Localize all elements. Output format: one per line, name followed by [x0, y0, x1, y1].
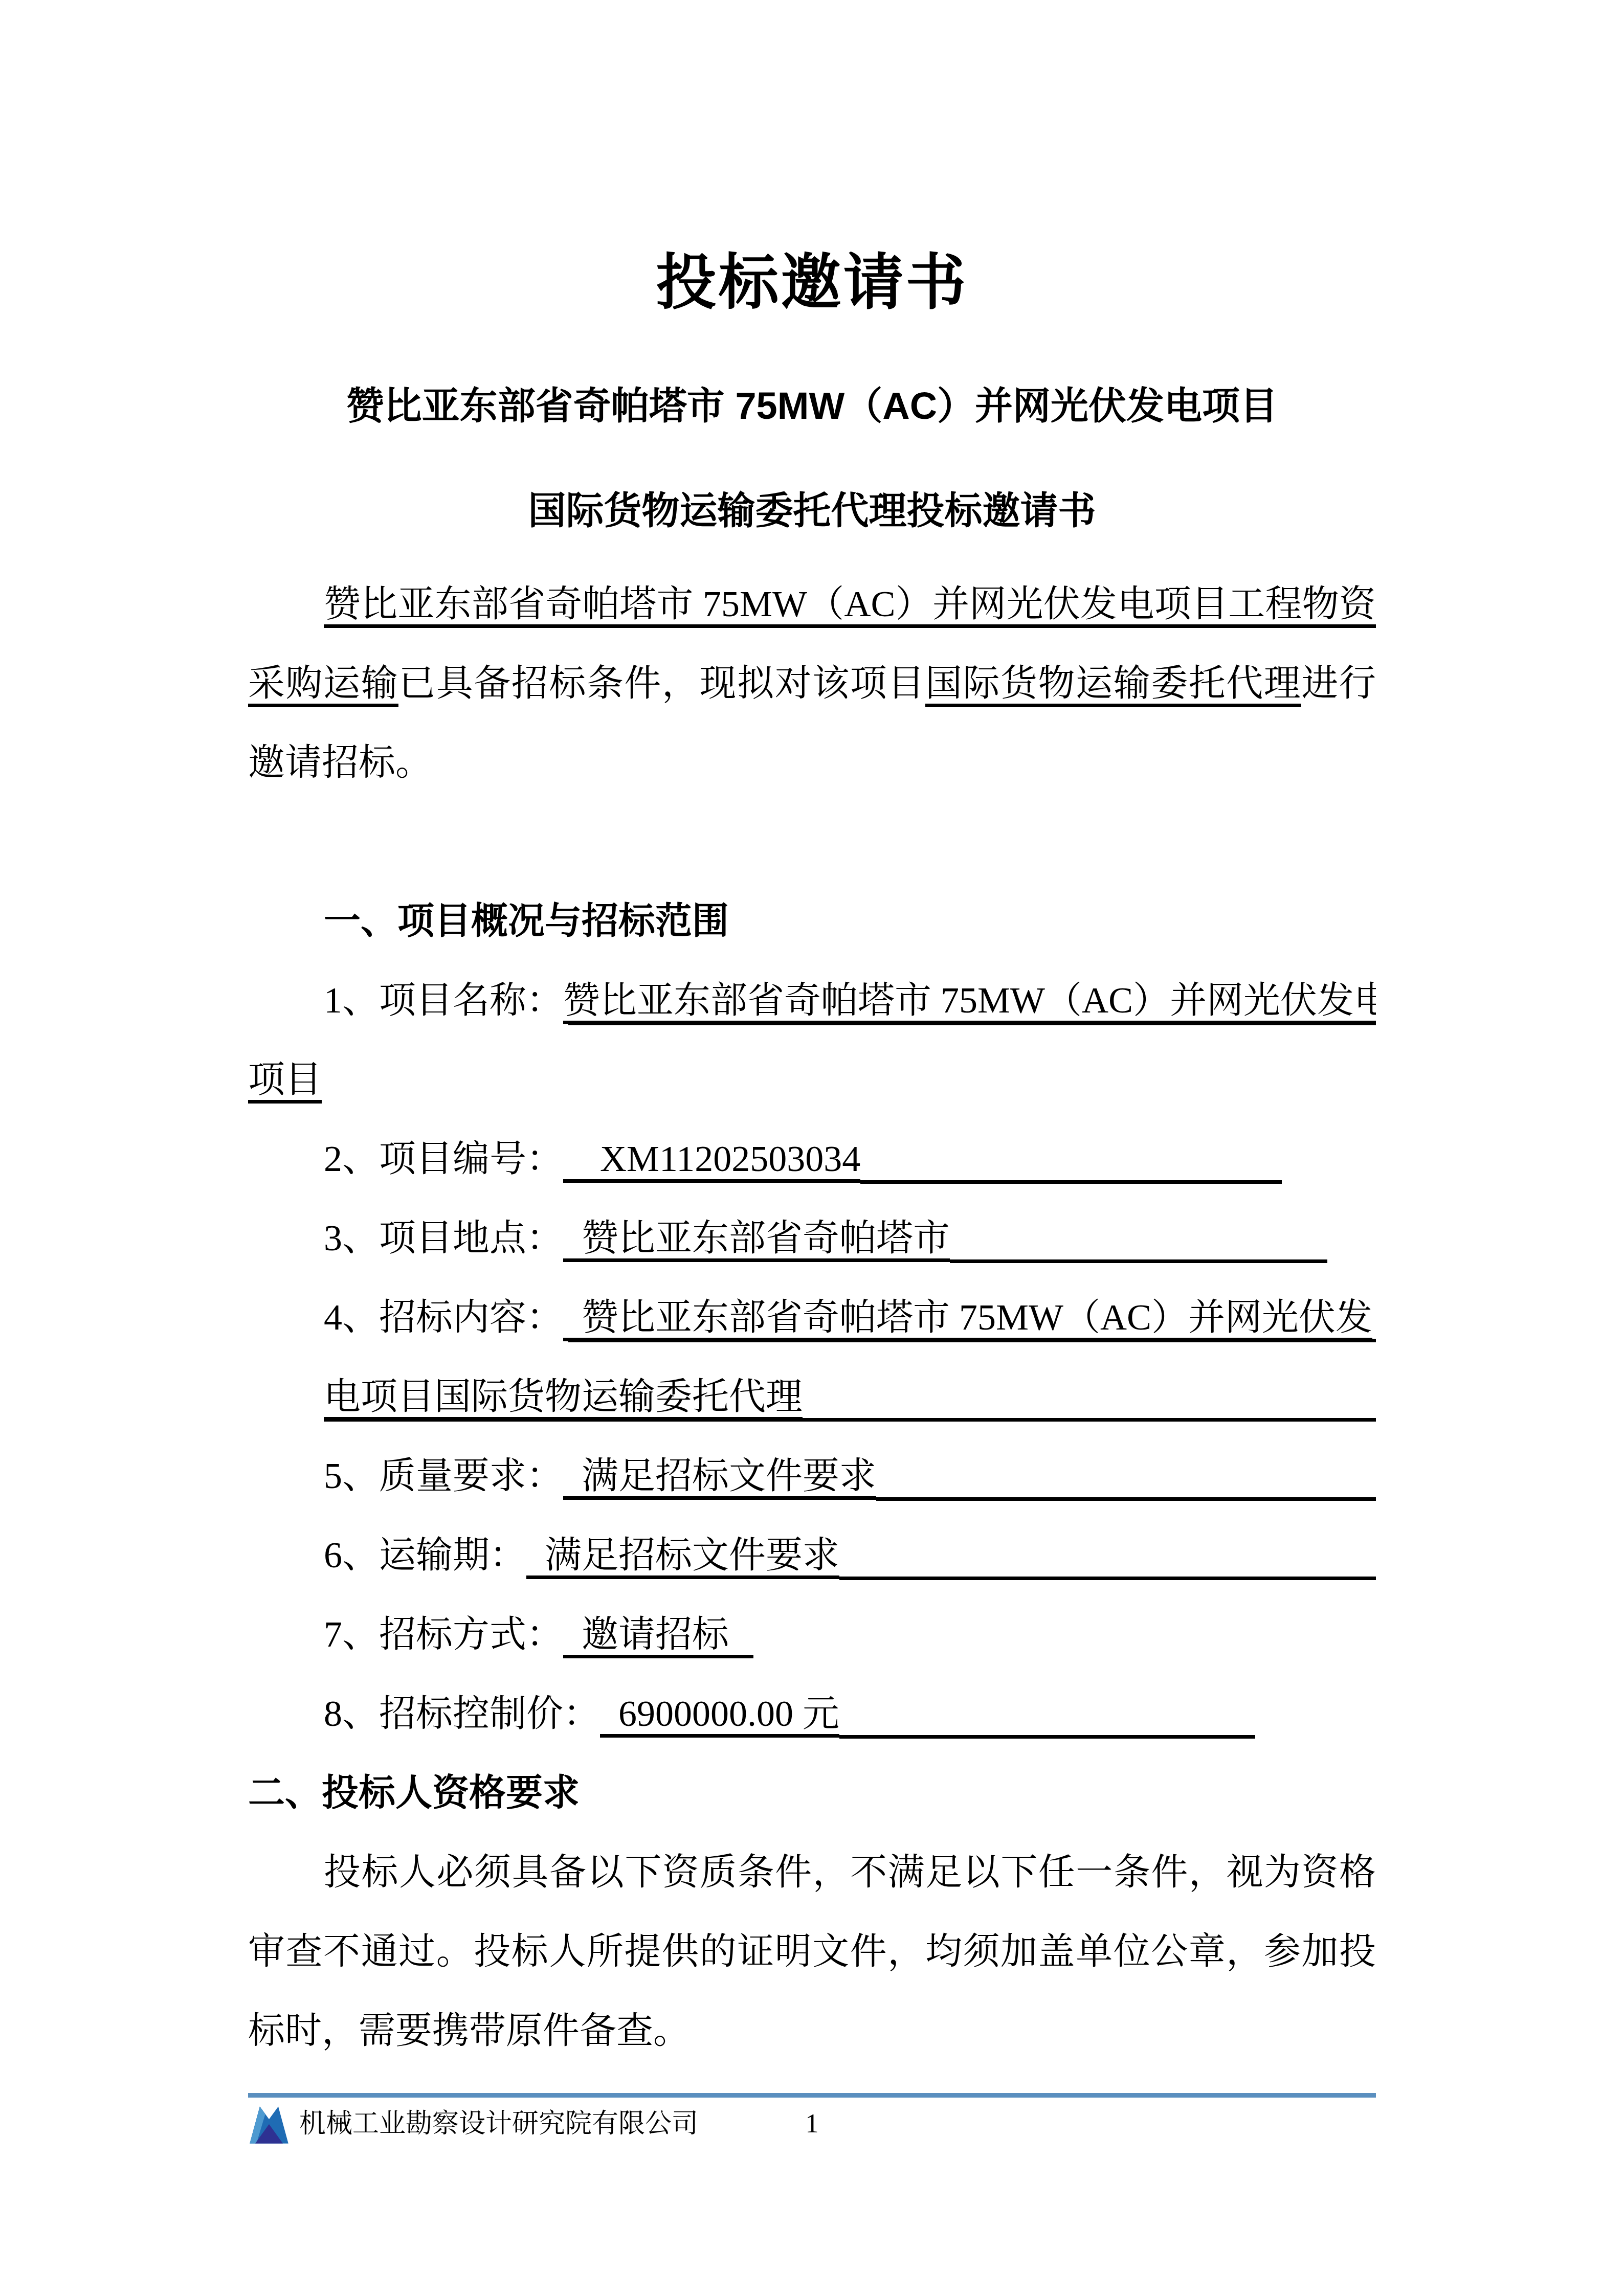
item-label: 8、招标控制价：: [324, 1693, 600, 1734]
underline-extension: [568, 1022, 1376, 1025]
item-label: 2、项目编号：: [324, 1138, 563, 1179]
qualification-paragraph-line-1: 投标人必须具备以下资质条件，不满足以下任一条件，视为资格: [248, 1833, 1376, 1912]
item-label: 1、项目名称：: [324, 980, 563, 1021]
item-value-underlined: 6900000.00 元: [600, 1693, 839, 1738]
item-6-transport-period: 6、运输期：满足招标文件要求: [248, 1516, 1376, 1595]
underline-extension: [839, 1674, 1255, 1739]
item-value-underlined: 电项目国际货物运输委托代理: [324, 1376, 803, 1421]
item-value-underlined: 满足招标文件要求: [563, 1455, 876, 1500]
item-value-underlined: XM11202503034: [563, 1138, 860, 1183]
intro-paragraph-line-2: 采购运输已具备招标条件，现拟对该项目国际货物运输委托代理进行: [248, 644, 1376, 723]
plain-text: 进行: [1301, 663, 1376, 704]
intro-paragraph-line-1: 赞比亚东部省奇帕塔市 75MW（AC）并网光伏发电项目工程物资: [248, 565, 1376, 644]
item-5-quality-requirement: 5、质量要求：满足招标文件要求: [248, 1436, 1376, 1516]
underline-extension: [860, 1119, 1282, 1184]
item-value-underlined: 项目: [248, 1059, 322, 1104]
item-label: 3、项目地点：: [324, 1218, 563, 1258]
document-page: 投标邀请书 赞比亚东部省奇帕塔市 75MW（AC）并网光伏发电项目 国际货物运输…: [0, 0, 1624, 2296]
footer-divider-rule: [248, 2093, 1376, 2098]
project-subtitle-line1: 赞比亚东部省奇帕塔市 75MW（AC）并网光伏发电项目: [248, 378, 1376, 434]
item-1-project-name-line-1: 1、项目名称：赞比亚东部省奇帕塔市 75MW（AC）并网光伏发电: [248, 961, 1376, 1040]
underline-extension: [839, 1516, 1376, 1580]
item-3-project-location: 3、项目地点：赞比亚东部省奇帕塔市: [248, 1199, 1376, 1278]
item-2-project-number: 2、项目编号：XM11202503034: [248, 1119, 1376, 1199]
item-8-bid-control-price: 8、招标控制价：6900000.00 元: [248, 1674, 1376, 1753]
plain-text: 已具备招标条件，现拟对该项目: [398, 663, 925, 704]
page-title: 投标邀请书: [248, 237, 1376, 329]
item-label: 4、招标内容：: [324, 1297, 563, 1338]
underlined-text: 国际货物运输委托代理: [925, 663, 1302, 707]
section-2-heading: 二、投标人资格要求: [248, 1753, 1376, 1833]
item-value-underlined: 满足招标文件要求: [526, 1535, 839, 1579]
item-4-bidding-content-line-1: 4、招标内容：赞比亚东部省奇帕塔市 75MW（AC）并网光伏发: [248, 1278, 1376, 1357]
underline-extension: [950, 1199, 1327, 1263]
qualification-paragraph-line-3: 标时，需要携带原件备查。: [248, 1991, 1376, 2070]
item-4-bidding-content-line-2: 电项目国际货物运输委托代理: [248, 1357, 1376, 1436]
item-1-project-name-line-2: 项目: [248, 1040, 1376, 1119]
item-value-underlined: 邀请招标: [563, 1614, 753, 1658]
intro-paragraph-line-3: 邀请招标。: [248, 723, 1376, 802]
page-footer: 机械工业勘察设计研究院有限公司 1: [248, 2103, 1376, 2146]
item-label: 6、运输期：: [324, 1535, 526, 1575]
page-number: 1: [248, 2103, 1376, 2146]
section-1-heading: 一、项目概况与招标范围: [248, 882, 1376, 961]
underlined-text: 采购运输: [248, 663, 398, 707]
item-7-bidding-method: 7、招标方式：邀请招标: [248, 1595, 1376, 1674]
underline-extension: [324, 1418, 1376, 1422]
underlined-text: 赞比亚东部省奇帕塔市 75MW（AC）并网光伏发电项目工程物资: [324, 583, 1376, 628]
item-value-underlined: 赞比亚东部省奇帕塔市: [563, 1218, 950, 1262]
item-value-underlined: 赞比亚东部省奇帕塔市 75MW（AC）并网光伏发电: [563, 980, 1376, 1024]
item-label: 7、招标方式：: [324, 1614, 563, 1655]
project-subtitle-line2: 国际货物运输委托代理投标邀请书: [248, 483, 1376, 539]
qualification-paragraph-line-2: 审查不通过。投标人所提供的证明文件，均须加盖单位公章，参加投: [248, 1912, 1376, 1991]
underline-extension: [876, 1436, 1376, 1501]
item-value-underlined: 赞比亚东部省奇帕塔市 75MW（AC）并网光伏发: [563, 1297, 1372, 1341]
underline-extension: [568, 1339, 1376, 1342]
item-label: 5、质量要求：: [324, 1455, 563, 1496]
